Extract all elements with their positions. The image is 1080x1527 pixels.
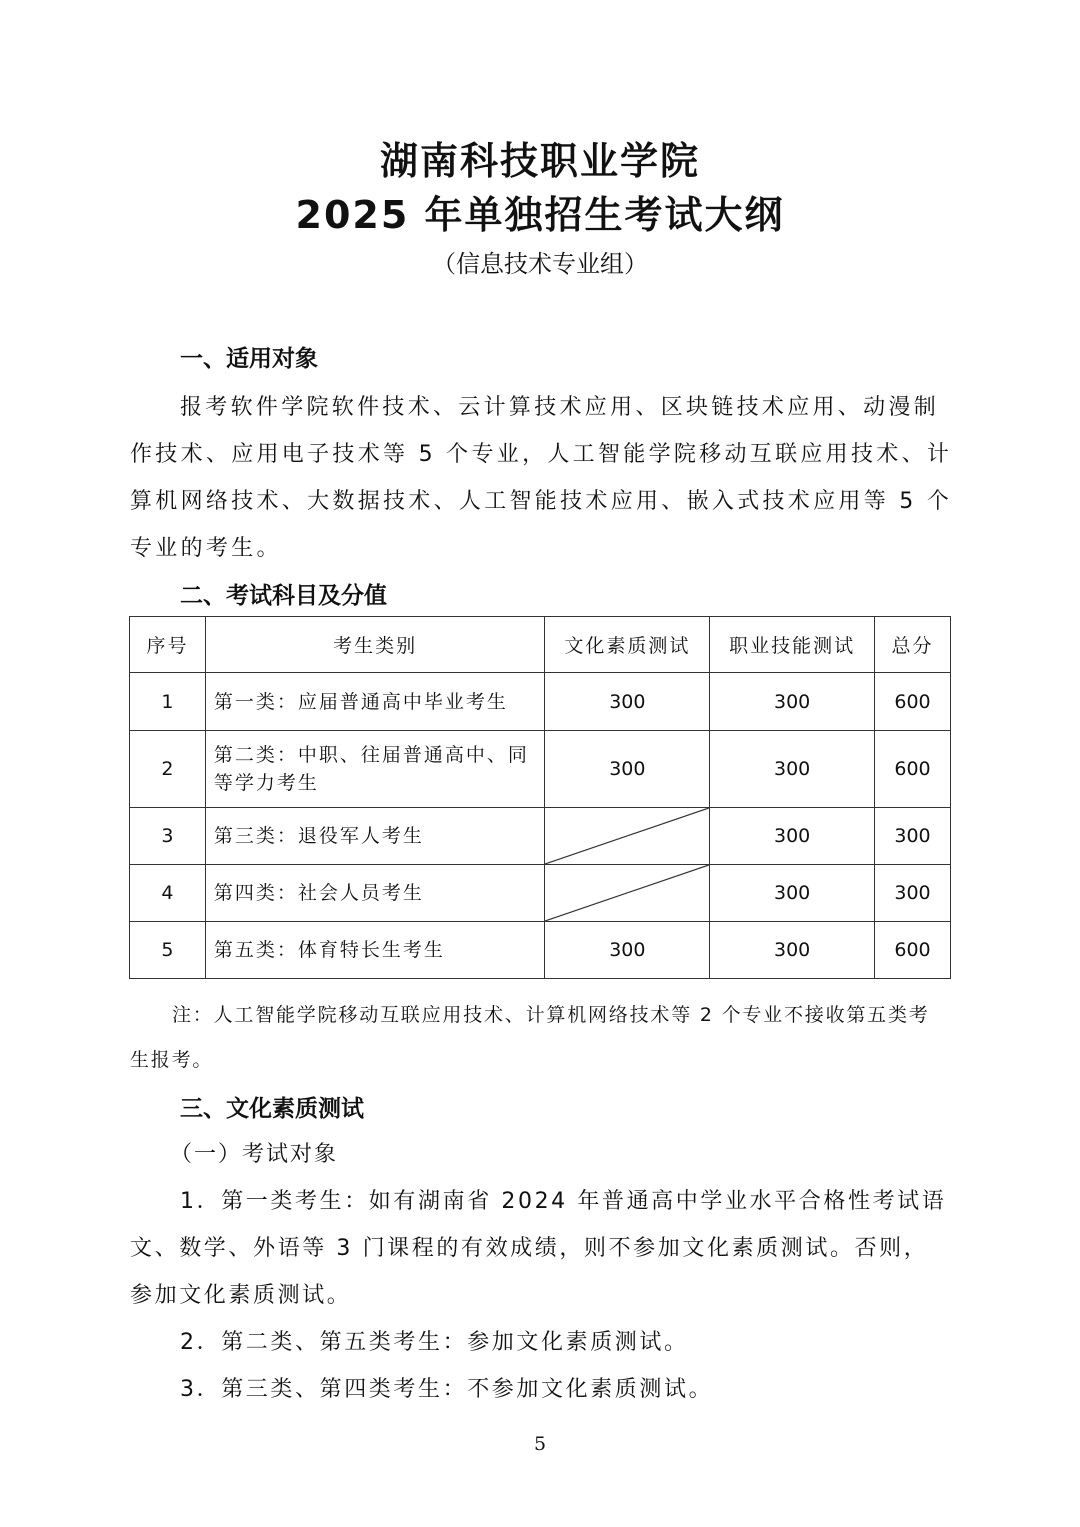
cell-culture: 300 bbox=[545, 731, 710, 808]
paragraph-line: 1．第一类考生：如有湖南省 2024 年普通高中学业水平合格性考试语 bbox=[180, 1184, 946, 1215]
diagonal-slash-icon bbox=[545, 808, 709, 864]
cell-category: 第一类：应届普通高中毕业考生 bbox=[205, 673, 545, 731]
cell-category: 第三类：退役军人考生 bbox=[205, 808, 545, 865]
section-heading-culture-test: 三、文化素质测试 bbox=[180, 1090, 364, 1123]
cell-culture: 300 bbox=[545, 922, 710, 979]
cell-no: 5 bbox=[130, 922, 206, 979]
score-table: 序号 考生类别 文化素质测试 职业技能测试 总分 1 第一类：应届普通高中毕业考… bbox=[129, 616, 951, 979]
cell-skill: 300 bbox=[710, 731, 875, 808]
cell-category: 第五类：体育特长生考生 bbox=[205, 922, 545, 979]
table-note-line: 生报考。 bbox=[130, 1045, 213, 1072]
header-skill: 职业技能测试 bbox=[710, 617, 875, 673]
paragraph-line: 算机网络技术、大数据技术、人工智能技术应用、嵌入式技术应用等 5 个 bbox=[130, 484, 952, 515]
cell-culture-not-applicable bbox=[545, 865, 710, 922]
paragraph-line: 报考软件学院软件技术、云计算技术应用、区块链技术应用、动漫制 bbox=[180, 390, 939, 421]
cell-skill: 300 bbox=[710, 922, 875, 979]
header-culture: 文化素质测试 bbox=[545, 617, 710, 673]
cell-total: 300 bbox=[875, 865, 951, 922]
cell-skill: 300 bbox=[710, 865, 875, 922]
table-row: 2 第二类：中职、往届普通高中、同等学力考生 300 300 600 bbox=[130, 731, 951, 808]
cell-category: 第四类：社会人员考生 bbox=[205, 865, 545, 922]
paragraph-line: 文、数学、外语等 3 门课程的有效成绩，则不参加文化素质测试。否则， bbox=[130, 1231, 928, 1262]
subsection-heading: （一）考试对象 bbox=[170, 1137, 338, 1168]
cell-culture: 300 bbox=[545, 673, 710, 731]
document-subtitle: （信息技术专业组） bbox=[0, 244, 1080, 279]
table-row: 3 第三类：退役军人考生 300 300 bbox=[130, 808, 951, 865]
cell-category: 第二类：中职、往届普通高中、同等学力考生 bbox=[205, 731, 545, 808]
document-title-year: 2025 年单独招生考试大纲 bbox=[0, 184, 1080, 239]
cell-skill: 300 bbox=[710, 808, 875, 865]
document-title: 湖南科技职业学院 bbox=[0, 130, 1080, 185]
cell-total: 600 bbox=[875, 922, 951, 979]
cell-culture-not-applicable bbox=[545, 808, 710, 865]
paragraph-line: 2．第二类、第五类考生：参加文化素质测试。 bbox=[180, 1325, 689, 1356]
header-category: 考生类别 bbox=[205, 617, 545, 673]
cell-no: 2 bbox=[130, 731, 206, 808]
paragraph-line: 参加文化素质测试。 bbox=[130, 1278, 351, 1309]
table-note-line: 注：人工智能学院移动互联应用技术、计算机网络技术等 2 个专业不接收第五类考 bbox=[172, 1000, 930, 1027]
paragraph-line: 专业的考生。 bbox=[130, 531, 282, 562]
section-heading-applicants: 一、适用对象 bbox=[180, 340, 318, 373]
paragraph-line: 3．第三类、第四类考生：不参加文化素质测试。 bbox=[180, 1372, 713, 1403]
cell-total: 600 bbox=[875, 731, 951, 808]
page-number: 5 bbox=[0, 1433, 1080, 1455]
diagonal-slash-icon bbox=[545, 865, 709, 921]
cell-total: 600 bbox=[875, 673, 951, 731]
table-row: 4 第四类：社会人员考生 300 300 bbox=[130, 865, 951, 922]
header-no: 序号 bbox=[130, 617, 206, 673]
header-total: 总分 bbox=[875, 617, 951, 673]
table-row: 5 第五类：体育特长生考生 300 300 600 bbox=[130, 922, 951, 979]
section-heading-subjects: 二、考试科目及分值 bbox=[180, 577, 387, 610]
table-row: 1 第一类：应届普通高中毕业考生 300 300 600 bbox=[130, 673, 951, 731]
cell-skill: 300 bbox=[710, 673, 875, 731]
table-header-row: 序号 考生类别 文化素质测试 职业技能测试 总分 bbox=[130, 617, 951, 673]
cell-no: 3 bbox=[130, 808, 206, 865]
cell-no: 4 bbox=[130, 865, 206, 922]
paragraph-line: 作技术、应用电子技术等 5 个专业，人工智能学院移动互联应用技术、计 bbox=[130, 437, 952, 468]
cell-no: 1 bbox=[130, 673, 206, 731]
cell-total: 300 bbox=[875, 808, 951, 865]
